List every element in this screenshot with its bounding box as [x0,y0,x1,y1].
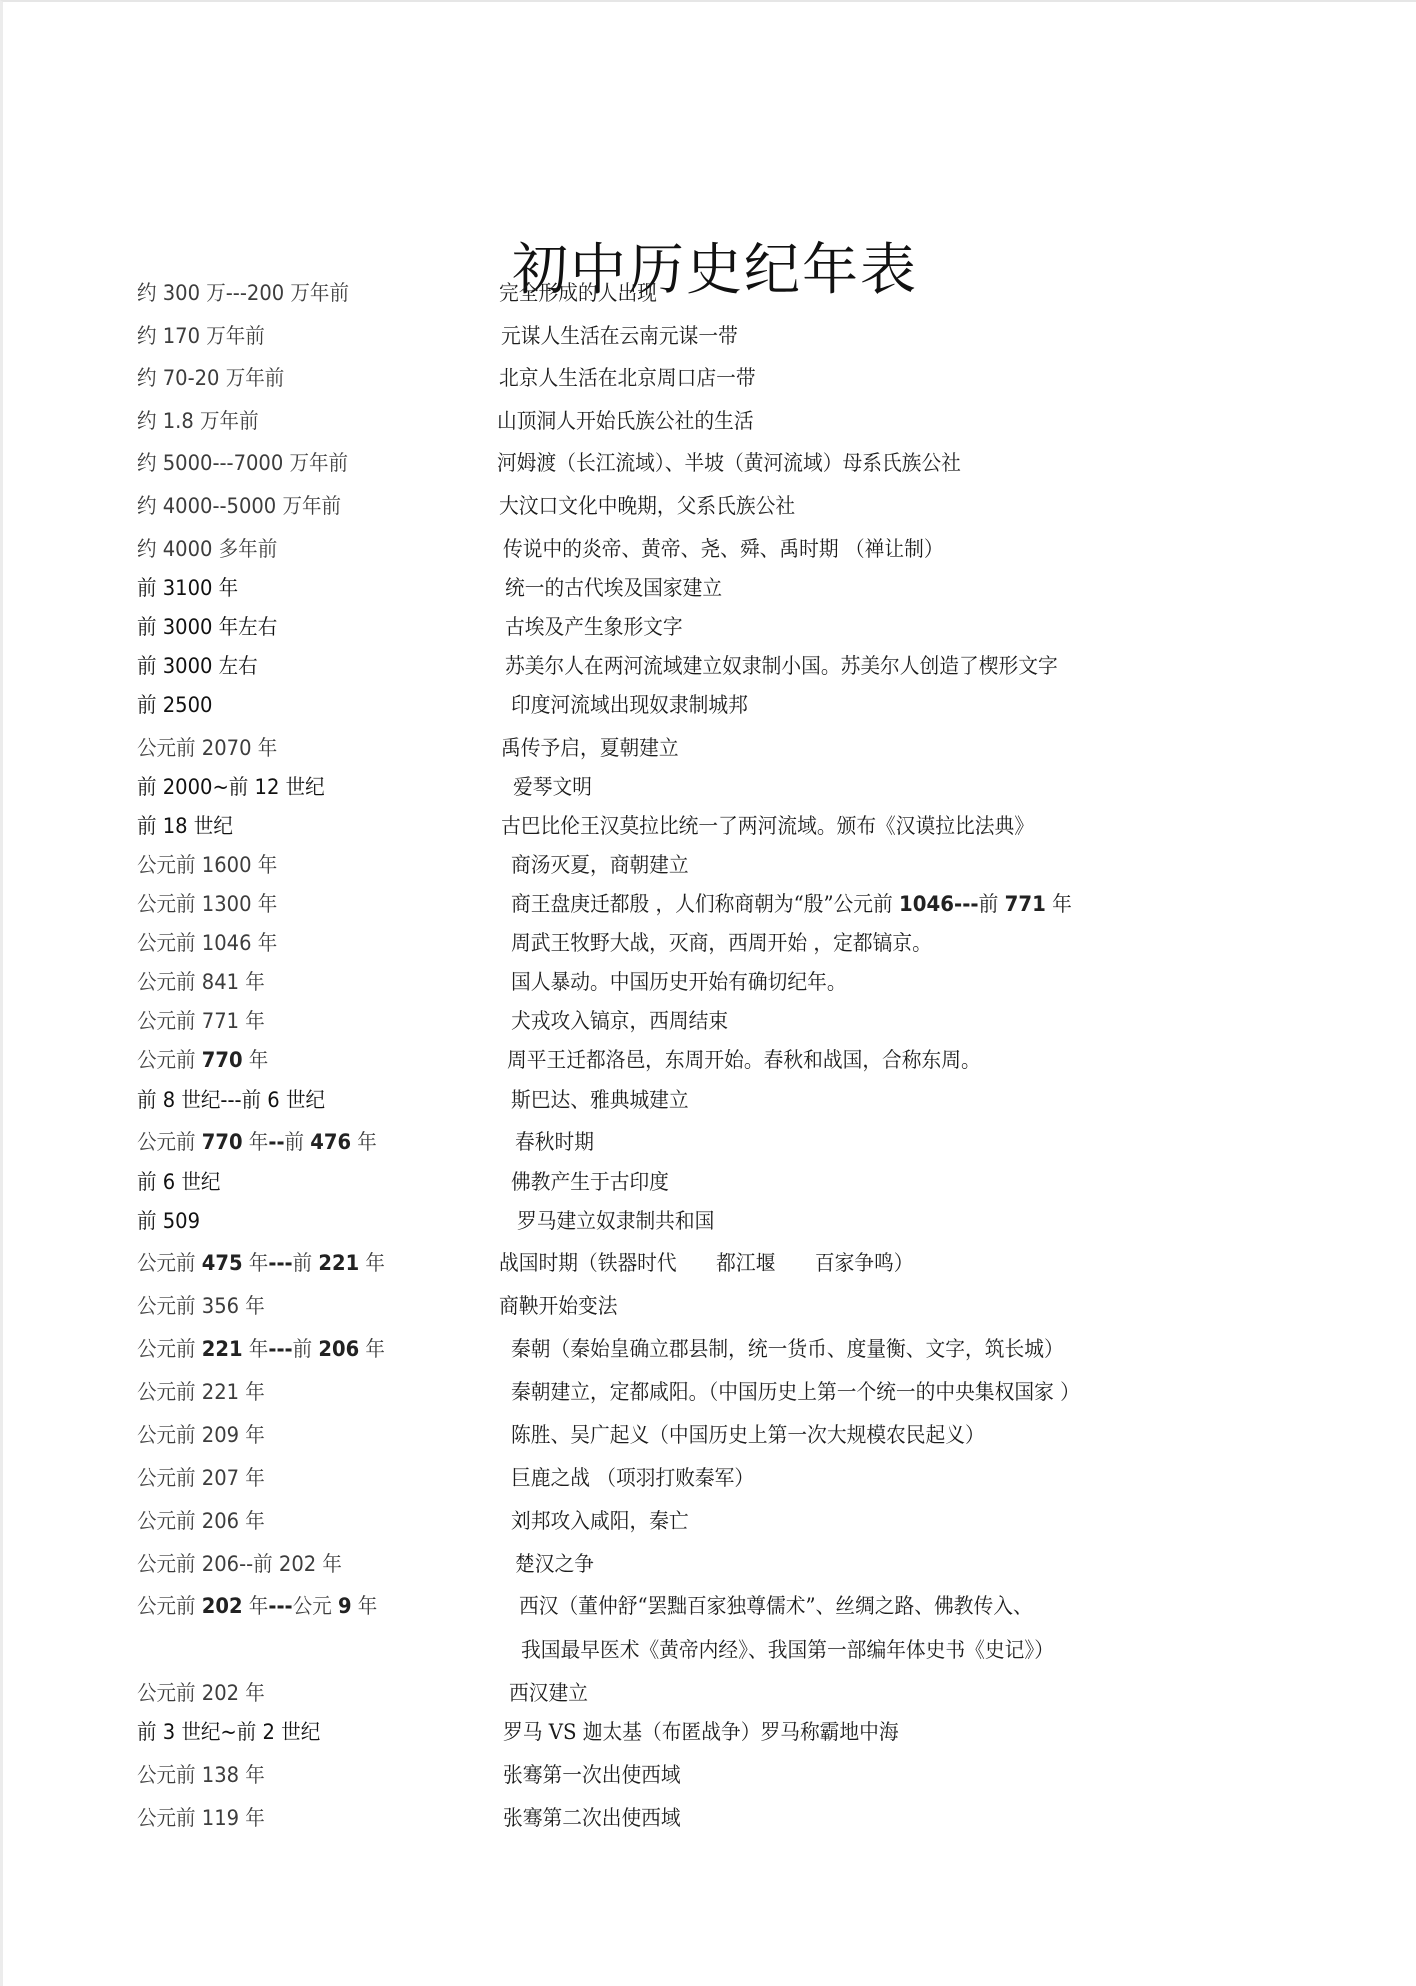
timeline-row: 公元前 1300 年 商王盘庚迁都殷 ，人们称商朝为“殷”公元前 1046---… [3,889,1416,925]
timeline-row: 公元前 221 年---前 206 年 秦朝（秦始皇确立郡县制，统一货币、度量衡… [3,1334,1416,1370]
date-cell: 公元前 138 年 [137,1760,265,1790]
timeline-row: 前 2000~前 12 世纪 爱琴文明 [3,772,1416,808]
date-cell: 公元前 221 年---前 206 年 [137,1334,385,1364]
date-text-bold: 221 [202,1337,243,1361]
event-cell: 印度河流域出现奴隶制城邦 [511,690,748,720]
date-cell: 公元前 119 年 [137,1803,265,1833]
event-cell: 商鞅开始变法 [499,1291,617,1321]
timeline-row: 公元前 138 年 张骞第一次出使西域 [3,1760,1416,1796]
timeline-row: 公元前 206 年 刘邦攻入咸阳，秦亡 [3,1506,1416,1542]
timeline-row: 约 170 万年前 元谋人生活在云南元谋一带 [3,321,1416,357]
timeline-row: 公元前 207 年 巨鹿之战 （项羽打败秦军） [3,1463,1416,1499]
event-cell: 刘邦攻入咸阳，秦亡 [511,1506,689,1536]
date-cell: 约 4000--5000 万年前 [137,491,341,521]
event-cell: 战国时期（铁器时代 都江堰 百家争鸣） [499,1248,914,1278]
date-cell: 约 70-20 万年前 [137,363,284,393]
date-cell: 公元前 2070 年 [137,733,277,763]
event-cell: 佛教产生于古印度 [511,1167,669,1197]
timeline-row: 约 70-20 万年前 北京人生活在北京周口店一带 [3,363,1416,399]
date-text-bold: 206 [318,1337,359,1361]
timeline-row: 公元前 206--前 202 年 楚汉之争 [3,1549,1416,1585]
date-text: 前 [285,1130,311,1154]
event-cell: 禹传予启，夏朝建立 [501,733,679,763]
date-text: 公元前 [137,1048,202,1072]
timeline-row: 公元前 202 年---公元 9 年 西汉（董仲舒“罢黜百家独尊儒术”、丝绸之路… [3,1591,1416,1627]
date-cell: 约 300 万---200 万年前 [137,278,349,308]
date-text-bold: 9 [338,1594,352,1618]
timeline-row: 前 3100 年 统一的古代埃及国家建立 [3,573,1416,609]
event-cell: 古埃及产生象形文字 [505,612,683,642]
date-text: 年 [359,1337,385,1361]
event-text: 商王盘庚迁都殷 ，人们称商朝为“殷”公元前 [511,892,899,916]
date-cell: 前 6 世纪 [137,1167,220,1197]
date-text: 年 [352,1594,378,1618]
date-cell: 公元前 1046 年 [137,928,277,958]
date-text-bold: 221 [318,1251,359,1275]
event-cell: 周武王牧野大战，灭商，西周开始 ，定都镐京。 [511,928,932,958]
date-text: 年 [243,1337,269,1361]
timeline-row: 前 509 罗马建立奴隶制共和国 [3,1206,1416,1242]
event-cell: 罗马 VS 迦太基（布匿战争）罗马称霸地中海 [503,1717,899,1747]
event-cell: 犬戎攻入镐京，西周结束 [511,1006,728,1036]
event-cell: 斯巴达、雅典城建立 [511,1085,689,1115]
date-cell: 公元前 771 年 [137,1006,265,1036]
date-text: 年 [243,1251,269,1275]
date-cell: 公元前 202 年---公元 9 年 [137,1591,377,1621]
date-text-bold: 770 [202,1048,243,1072]
date-cell: 约 170 万年前 [137,321,265,351]
event-cell: 张骞第一次出使西域 [503,1760,681,1790]
event-cell: 商汤灭夏，商朝建立 [511,850,689,880]
timeline-row: 公元前 209 年 陈胜、吴广起义（中国历史上第一次大规模农民起义） [3,1420,1416,1456]
event-cell: 国人暴动。中国历史开始有确切纪年。 [511,967,847,997]
timeline-row: 公元前 1600 年 商汤灭夏，商朝建立 [3,850,1416,886]
date-cell: 约 5000---7000 万年前 [137,448,348,478]
timeline-row: 公元前 841 年 国人暴动。中国历史开始有确切纪年。 [3,967,1416,1003]
date-cell: 公元前 209 年 [137,1420,265,1450]
event-cell: 罗马建立奴隶制共和国 [517,1206,714,1236]
date-text: 公元前 [137,1337,202,1361]
date-cell: 公元前 1600 年 [137,850,277,880]
timeline-row: 公元前 221 年 秦朝建立，定都咸阳。（中国历史上第一个统一的中央集权国家 ） [3,1377,1416,1413]
date-text: 前 [293,1251,319,1275]
timeline-row: 约 4000 多年前 传说中的炎帝、黄帝、尧、舜、禹时期 （禅让制） [3,534,1416,570]
event-text-bold: 1046--- [899,892,979,916]
timeline-row: 我国最早医术《黄帝内经》、我国第一部编年体史书《史记》） [3,1635,1416,1671]
date-text: 公元前 [137,1130,202,1154]
event-cell: 陈胜、吴广起义（中国历史上第一次大规模农民起义） [511,1420,985,1450]
timeline-row: 约 1.8 万年前 山顶洞人开始氏族公社的生活 [3,406,1416,442]
timeline-row: 公元前 119 年 张骞第二次出使西域 [3,1803,1416,1839]
timeline-row: 公元前 770 年--前 476 年 春秋时期 [3,1127,1416,1163]
date-cell: 前 2000~前 12 世纪 [137,772,325,802]
date-text: 公元前 [137,1251,202,1275]
date-text-bold: 475 [202,1251,243,1275]
event-cell: 完全形成的人出现 [499,278,657,308]
timeline-row: 公元前 202 年 西汉建立 [3,1678,1416,1714]
date-text-bold: --- [268,1337,292,1361]
date-cell: 公元前 206--前 202 年 [137,1549,342,1579]
date-text: 年 [243,1130,269,1154]
date-cell: 前 509 [137,1206,200,1236]
date-cell: 公元前 770 年--前 476 年 [137,1127,377,1157]
date-text: 年 [243,1048,269,1072]
date-cell: 公元前 207 年 [137,1463,265,1493]
date-text: 年 [351,1130,377,1154]
event-cell: 统一的古代埃及国家建立 [505,573,722,603]
date-text-bold: --- [268,1251,292,1275]
date-cell: 前 18 世纪 [137,811,233,841]
timeline-row: 约 300 万---200 万年前 完全形成的人出现 [3,278,1416,314]
date-cell: 前 2500 [137,690,212,720]
event-cell: 秦朝建立，定都咸阳。（中国历史上第一个统一的中央集权国家 ） [511,1377,1080,1407]
event-cell: 山顶洞人开始氏族公社的生活 [497,406,754,436]
date-text-bold: 770 [202,1130,243,1154]
date-cell: 公元前 770 年 [137,1045,268,1075]
timeline-row: 前 2500 印度河流域出现奴隶制城邦 [3,690,1416,726]
event-cell: 西汉建立 [509,1678,588,1708]
date-cell: 公元前 221 年 [137,1377,265,1407]
date-cell: 约 1.8 万年前 [137,406,259,436]
date-cell: 约 4000 多年前 [137,534,277,564]
date-text: 年 [359,1251,385,1275]
timeline-row: 公元前 770 年 周平王迁都洛邑，东周开始。春秋和战国，合称东周。 [3,1045,1416,1081]
event-cell: 西汉（董仲舒“罢黜百家独尊儒术”、丝绸之路、佛教传入、 [519,1591,1033,1621]
date-text-bold: -- [268,1130,284,1154]
timeline-row: 前 18 世纪 古巴比伦王汉莫拉比统一了两河流域。颁布《汉谟拉比法典》 [3,811,1416,847]
timeline-row: 公元前 1046 年 周武王牧野大战，灭商，西周开始 ，定都镐京。 [3,928,1416,964]
event-cell: 苏美尔人在两河流域建立奴隶制小国。苏美尔人创造了楔形文字 [505,651,1058,681]
date-cell: 公元前 1300 年 [137,889,277,919]
timeline-row: 前 3000 左右 苏美尔人在两河流域建立奴隶制小国。苏美尔人创造了楔形文字 [3,651,1416,687]
event-cell: 古巴比伦王汉莫拉比统一了两河流域。颁布《汉谟拉比法典》 [501,811,1034,841]
event-cell: 元谋人生活在云南元谋一带 [501,321,738,351]
timeline-row: 前 6 世纪 佛教产生于古印度 [3,1167,1416,1203]
timeline-row: 公元前 2070 年 禹传予启，夏朝建立 [3,733,1416,769]
timeline-row: 前 8 世纪---前 6 世纪 斯巴达、雅典城建立 [3,1085,1416,1121]
timeline-row: 约 4000--5000 万年前 大汶口文化中晚期，父系氏族公社 [3,491,1416,527]
date-cell: 公元前 475 年---前 221 年 [137,1248,385,1278]
date-cell: 前 3100 年 [137,573,238,603]
date-cell: 前 3000 左右 [137,651,258,681]
document-page: 初中历史纪年表 约 300 万---200 万年前 完全形成的人出现 约 170… [3,2,1416,1986]
timeline-row: 约 5000---7000 万年前 河姆渡（长江流域）、半坡（黄河流域）母系氏族… [3,448,1416,484]
date-cell: 前 3000 年左右 [137,612,277,642]
event-cell: 巨鹿之战 （项羽打败秦军） [511,1463,754,1493]
timeline-row: 公元前 475 年---前 221 年 战国时期（铁器时代 都江堰 百家争鸣） [3,1248,1416,1284]
event-cell: 爱琴文明 [513,772,592,802]
date-cell: 公元前 356 年 [137,1291,265,1321]
date-text: 公元 [293,1594,338,1618]
timeline-row: 公元前 356 年 商鞅开始变法 [3,1291,1416,1327]
event-cell: 传说中的炎帝、黄帝、尧、舜、禹时期 （禅让制） [503,534,944,564]
date-cell: 前 3 世纪~前 2 世纪 [137,1717,320,1747]
event-cell: 河姆渡（长江流域）、半坡（黄河流域）母系氏族公社 [497,448,961,478]
event-text-bold: 771 [1005,892,1046,916]
event-text: 年 [1046,892,1072,916]
event-cell: 周平王迁都洛邑，东周开始。春秋和战国，合称东周。 [507,1045,981,1075]
event-cell: 秦朝（秦始皇确立郡县制，统一货币、度量衡、文字，筑长城） [511,1334,1064,1364]
event-text: 前 [979,892,1005,916]
timeline-row: 前 3000 年左右 古埃及产生象形文字 [3,612,1416,648]
date-text-bold: 202 [202,1594,243,1618]
date-cell: 前 8 世纪---前 6 世纪 [137,1085,325,1115]
event-cell: 北京人生活在北京周口店一带 [499,363,756,393]
date-text-bold: --- [268,1594,292,1618]
date-text-bold: 476 [310,1130,351,1154]
date-cell: 公元前 841 年 [137,967,265,997]
timeline-row: 公元前 771 年 犬戎攻入镐京，西周结束 [3,1006,1416,1042]
date-text: 前 [293,1337,319,1361]
event-cell: 我国最早医术《黄帝内经》、我国第一部编年体史书《史记》） [521,1635,1054,1665]
event-cell: 大汶口文化中晚期，父系氏族公社 [499,491,795,521]
date-text: 公元前 [137,1594,202,1618]
event-cell: 张骞第二次出使西域 [503,1803,681,1833]
event-cell: 楚汉之争 [515,1549,594,1579]
event-cell: 商王盘庚迁都殷 ，人们称商朝为“殷”公元前 1046---前 771 年 [511,889,1072,919]
event-cell: 春秋时期 [515,1127,594,1157]
date-cell: 公元前 206 年 [137,1506,265,1536]
date-cell: 公元前 202 年 [137,1678,265,1708]
timeline-row: 前 3 世纪~前 2 世纪 罗马 VS 迦太基（布匿战争）罗马称霸地中海 [3,1717,1416,1753]
date-text: 年 [243,1594,269,1618]
